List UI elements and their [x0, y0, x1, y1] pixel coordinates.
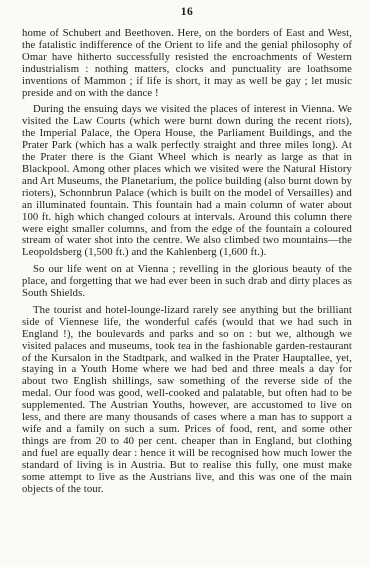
- paragraph-places-of-interest: During the ensuing days we visited the p…: [22, 104, 352, 259]
- paragraph-tourist-lounge-lizard: The tourist and hotel-lounge-lizard rare…: [22, 305, 352, 496]
- book-page: 16 home of Schubert and Beethoven. Here,…: [0, 0, 369, 567]
- paragraph-life-at-vienna: So our life went on at Vienna ; revellin…: [22, 264, 352, 300]
- page-number: 16: [22, 5, 352, 19]
- paragraph-schubert-beethoven: home of Schubert and Beethoven. Here, on…: [22, 28, 352, 99]
- page-body: home of Schubert and Beethoven. Here, on…: [22, 28, 352, 495]
